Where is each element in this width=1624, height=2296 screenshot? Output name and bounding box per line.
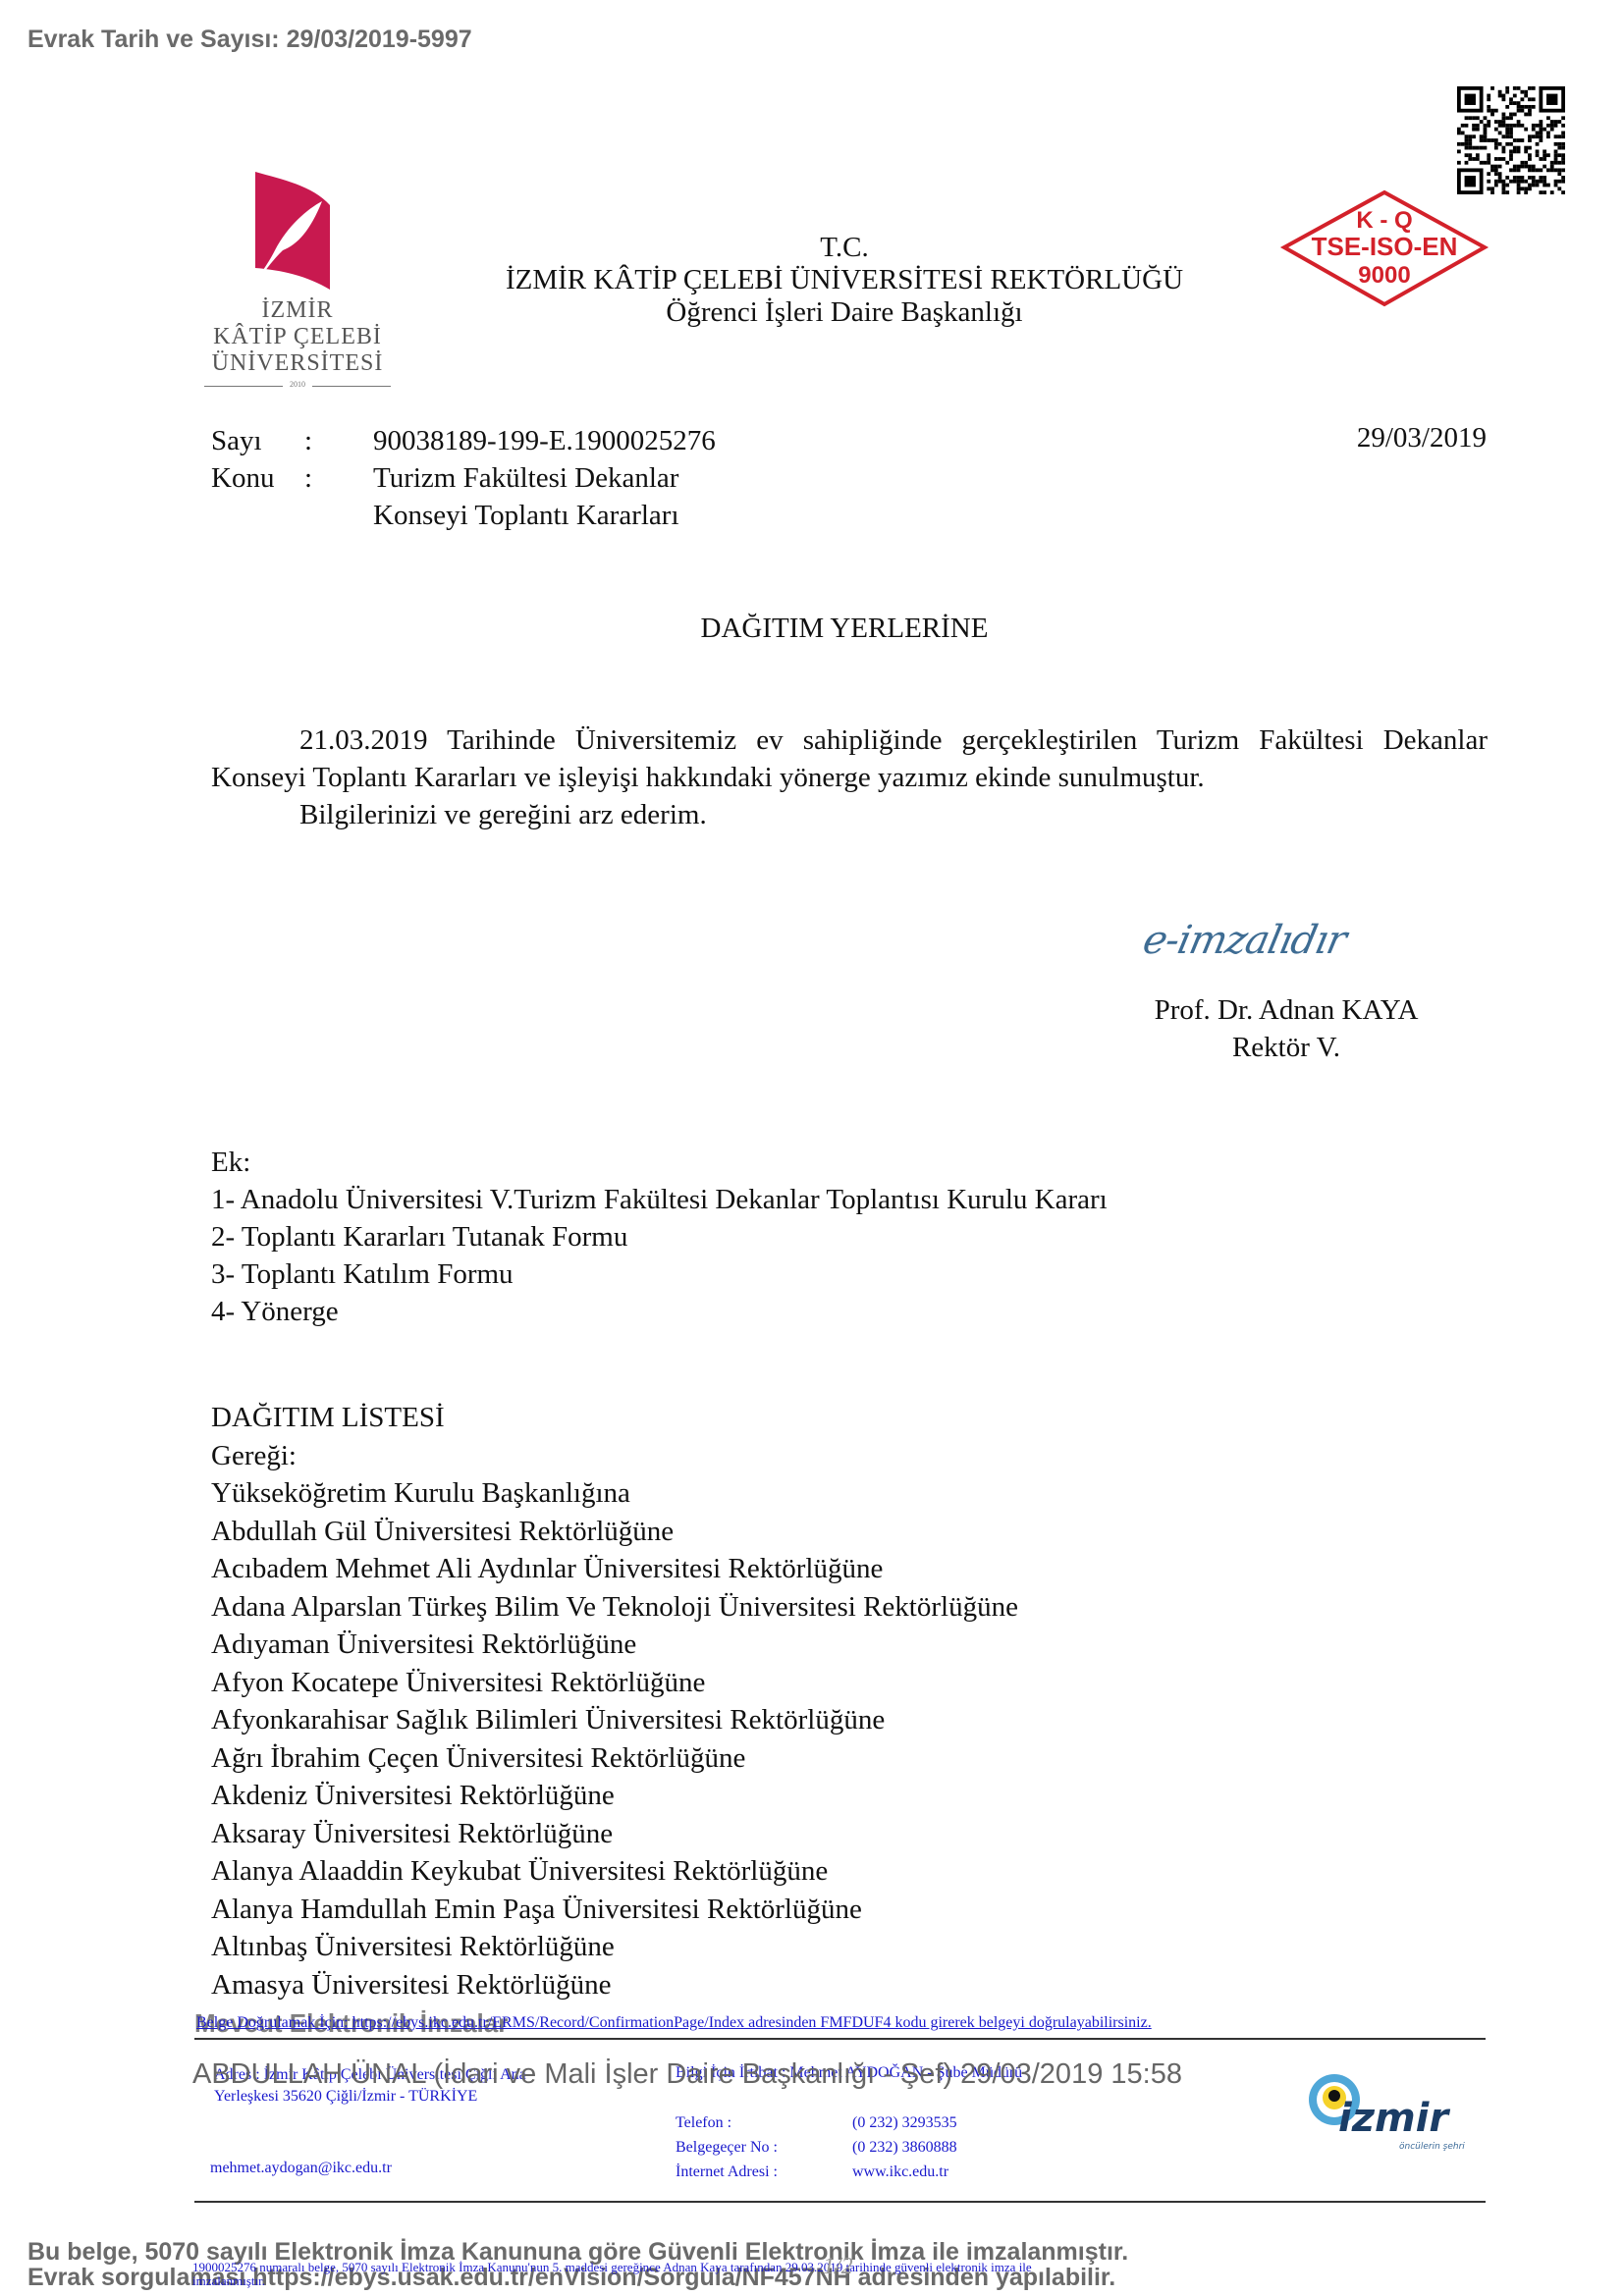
footer-divider-bottom xyxy=(194,2201,1486,2203)
svg-text:öncülerin şehri: öncülerin şehri xyxy=(1399,2142,1465,2152)
attachment-item: 3- Toplantı Katılım Formu xyxy=(211,1255,1108,1293)
svg-text:TSE-ISO-EN: TSE-ISO-EN xyxy=(1312,232,1458,261)
university-logo: İZMİR KÂTİP ÇELEBİ ÜNİVERSİTESİ 2010 xyxy=(199,172,396,398)
logo-line-izmir: İZMİR xyxy=(199,297,396,324)
esign-note: 1900025276 numaralı belge, 5070 sayılı E… xyxy=(192,2261,1032,2288)
distribution-item: Alanya Alaaddin Keykubat Üniversitesi Re… xyxy=(211,1852,1018,1891)
distribution-item: Ağrı İbrahim Çeçen Üniversitesi Rektörlü… xyxy=(211,1739,1018,1778)
attachment-item: 2- Toplantı Kararları Tutanak Formu xyxy=(211,1218,1108,1255)
existing-signature-entry: ABDULLAH ÜNAL (İdari ve Mali İşler Daire… xyxy=(192,2058,1182,2091)
izmir-city-logo-icon: izmir öncülerin şehri xyxy=(1301,2066,1478,2155)
distribution-item: Akdeniz Üniversitesi Rektörlüğüne xyxy=(211,1777,1018,1815)
konu-label: Konu xyxy=(211,459,304,497)
qr-code-icon xyxy=(1456,86,1566,194)
svg-text:K - Q: K - Q xyxy=(1356,207,1412,234)
document-date: 29/03/2019 xyxy=(1357,422,1487,454)
svg-text:izmir: izmir xyxy=(1338,2096,1450,2141)
body-closing: Bilgilerinizi ve gereğini arz ederim. xyxy=(211,796,1488,833)
konu-value-cont: Konseyi Toplantı Kararları xyxy=(211,497,716,534)
verification-link[interactable]: Belge Doğrulamak İçin: https://ebys.ikc.… xyxy=(196,2014,1152,2032)
distribution-title: DAĞITIM LİSTESİ xyxy=(211,1399,1018,1437)
letter-body: 21.03.2019 Tarihinde Üniversitemiz ev sa… xyxy=(211,721,1488,833)
distribution-list: DAĞITIM LİSTESİ Gereği: Yükseköğretim Ku… xyxy=(211,1399,1018,2003)
quill-flag-icon xyxy=(253,172,332,290)
phone-value: (0 232) 3293535 xyxy=(852,2114,957,2131)
signer-name: Prof. Dr. Adnan KAYA xyxy=(1070,991,1502,1029)
attachment-item: 1- Anadolu Üniversitesi V.Turizm Fakülte… xyxy=(211,1181,1108,1218)
distribution-subtitle: Gereği: xyxy=(211,1437,1018,1475)
addressee: DAĞITIM YERLERİNE xyxy=(0,613,1624,645)
esign-note-line-1: 1900025276 numaralı belge, 5070 sayılı E… xyxy=(192,2261,1032,2274)
colon: : xyxy=(304,422,373,459)
attachments-label: Ek: xyxy=(211,1144,1108,1181)
page-number: 1/2 xyxy=(823,2254,853,2280)
e-signature-mark: e-imzalıdır xyxy=(1139,918,1350,963)
konu-value: Turizm Fakültesi Dekanlar xyxy=(373,459,678,497)
signer-title: Rektör V. xyxy=(1070,1029,1502,1066)
attachments: Ek: 1- Anadolu Üniversitesi V.Turizm Fak… xyxy=(211,1144,1108,1330)
fax-value: (0 232) 3860888 xyxy=(852,2139,957,2156)
distribution-item: Abdullah Gül Üniversitesi Rektörlüğüne xyxy=(211,1513,1018,1551)
distribution-item: Adıyaman Üniversitesi Rektörlüğüne xyxy=(211,1626,1018,1664)
letterhead: T.C. İZMİR KÂTİP ÇELEBİ ÜNİVERSİTESİ REK… xyxy=(393,232,1296,329)
distribution-item: Afyonkarahisar Sağlık Bilimleri Üniversi… xyxy=(211,1701,1018,1739)
logo-year: 2010 xyxy=(204,380,391,394)
contact-key: Telefon : xyxy=(676,2110,852,2135)
esign-note-line-2: imzalanmıştır. xyxy=(192,2274,1032,2288)
distribution-items: Yükseköğretim Kurulu BaşkanlığınaAbdulla… xyxy=(211,1474,1018,2003)
distribution-item: Amasya Üniversitesi Rektörlüğüne xyxy=(211,1966,1018,2004)
contact-key: İnternet Adresi : xyxy=(676,2160,852,2184)
document-meta: Sayı:90038189-199-E.1900025276 Konu:Turi… xyxy=(211,422,716,534)
distribution-item: Altınbaş Üniversitesi Rektörlüğüne xyxy=(211,1928,1018,1966)
colon: : xyxy=(304,459,373,497)
logo-line-katip-celebi: KÂTİP ÇELEBİ xyxy=(199,324,396,350)
footer-contacts: Telefon :(0 232) 3293535 Belgegeçer No :… xyxy=(676,2110,957,2184)
logo-line-universitesi: ÜNİVERSİTESİ xyxy=(199,350,396,377)
distribution-item: Acıbadem Mehmet Ali Aydınlar Üniversites… xyxy=(211,1550,1018,1588)
sayi-label: Sayı xyxy=(211,422,304,459)
contact-key: Belgegeçer No : xyxy=(676,2135,852,2160)
website-link[interactable]: www.ikc.edu.tr xyxy=(852,2163,948,2180)
document-stamp-top: Evrak Tarih ve Sayısı: 29/03/2019-5997 xyxy=(27,26,472,54)
email-link[interactable]: mehmet.aydogan@ikc.edu.tr xyxy=(210,2160,392,2177)
svg-text:9000: 9000 xyxy=(1358,262,1410,289)
header-tc: T.C. xyxy=(393,232,1296,264)
footer-divider-top xyxy=(194,2038,1486,2040)
signer-block: Prof. Dr. Adnan KAYA Rektör V. xyxy=(1070,991,1502,1066)
body-paragraph: 21.03.2019 Tarihinde Üniversitemiz ev sa… xyxy=(211,721,1488,796)
distribution-item: Adana Alparslan Türkeş Bilim Ve Teknoloj… xyxy=(211,1588,1018,1627)
distribution-item: Aksaray Üniversitesi Rektörlüğüne xyxy=(211,1815,1018,1853)
header-rectorate: İZMİR KÂTİP ÇELEBİ ÜNİVERSİTESİ REKTÖRLÜ… xyxy=(393,264,1296,296)
sayi-value: 90038189-199-E.1900025276 xyxy=(373,422,716,459)
university-logo-text: İZMİR KÂTİP ÇELEBİ ÜNİVERSİTESİ xyxy=(199,297,396,377)
tse-iso-badge-icon: K - Q TSE-ISO-EN 9000 xyxy=(1276,187,1492,309)
header-department: Öğrenci İşleri Daire Başkanlığı xyxy=(393,296,1296,329)
distribution-item: Yükseköğretim Kurulu Başkanlığına xyxy=(211,1474,1018,1513)
distribution-item: Alanya Hamdullah Emin Paşa Üniversitesi … xyxy=(211,1891,1018,1929)
distribution-item: Afyon Kocatepe Üniversitesi Rektörlüğüne xyxy=(211,1664,1018,1702)
attachment-item: 4- Yönerge xyxy=(211,1293,1108,1330)
